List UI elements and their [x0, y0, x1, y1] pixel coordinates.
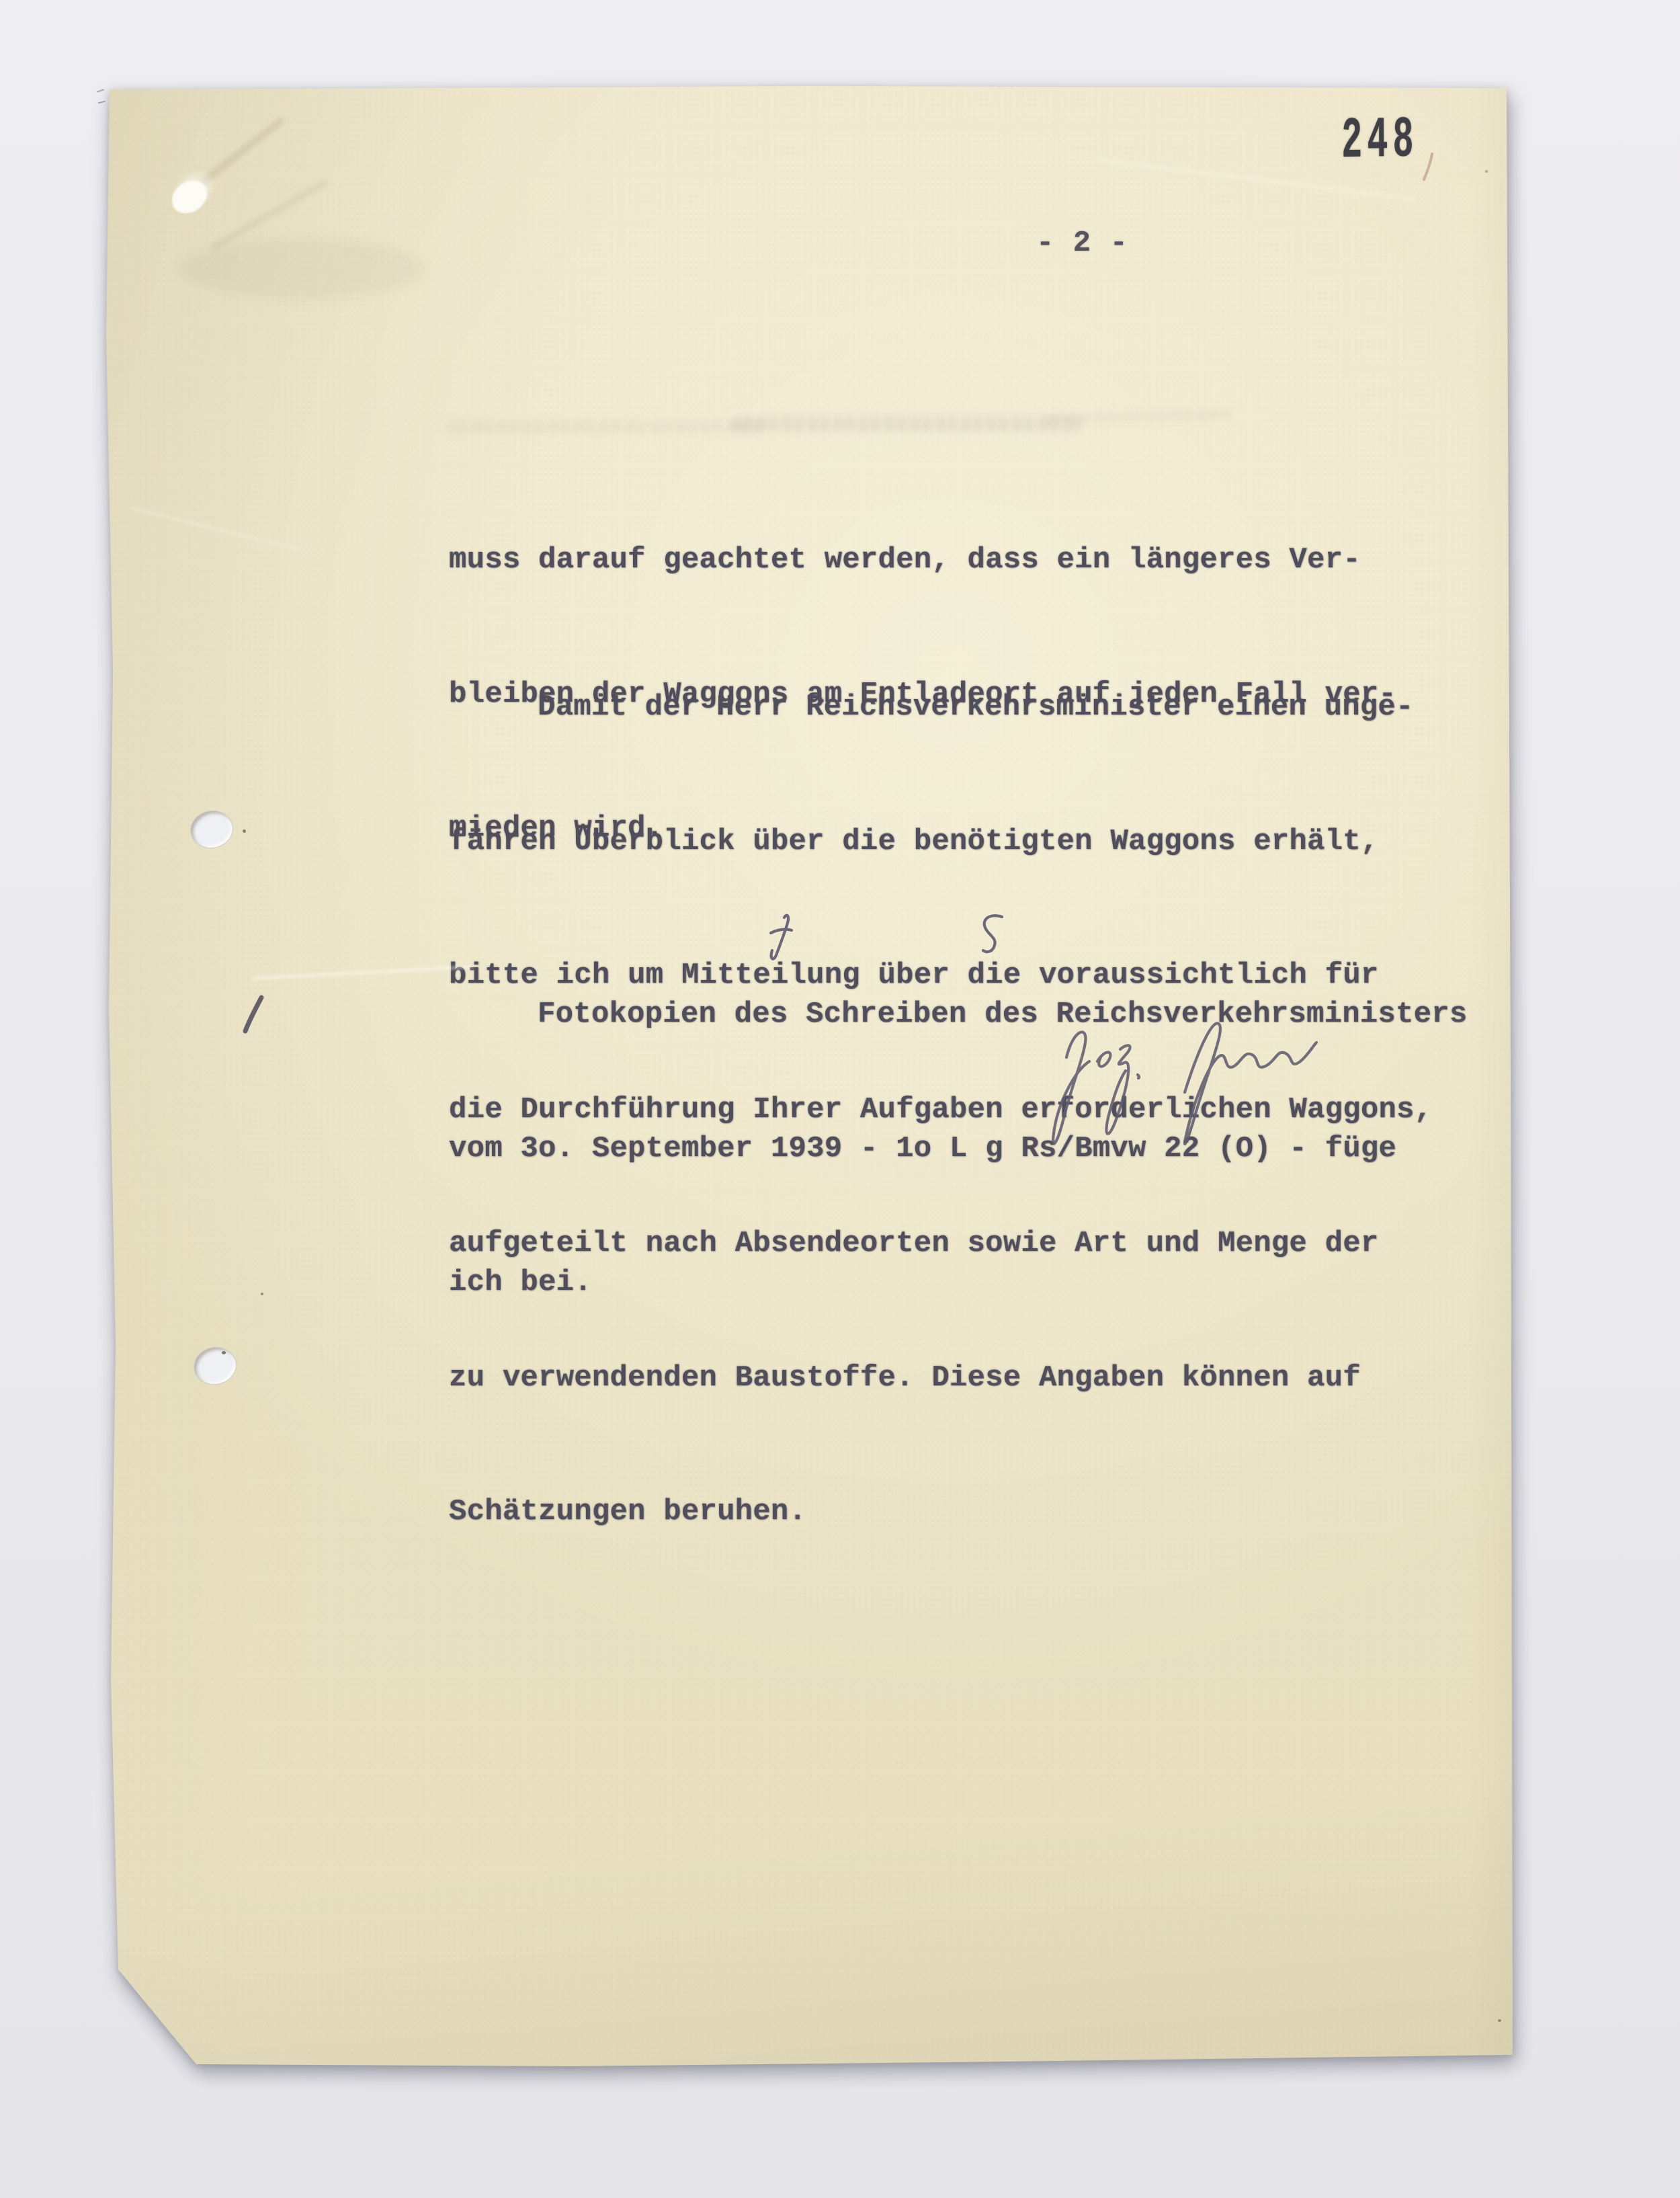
- handwritten-tick-after-stamp: [1424, 154, 1432, 179]
- handwritten-margin-slash: [245, 998, 261, 1031]
- handwritten-insertion-stroke: [771, 915, 792, 959]
- paper-speck: [261, 1293, 263, 1295]
- document-page: 248 - 2 - muss darauf geachtet werden, d…: [101, 84, 1515, 2068]
- paper-shadow-wrap: 248 - 2 - muss darauf geachtet werden, d…: [0, 0, 1680, 2198]
- paper-speck: [222, 1351, 226, 1354]
- paper-speck: [1498, 2019, 1501, 2022]
- paper-smudge: [181, 239, 423, 299]
- paper-speck: [243, 829, 246, 833]
- scan-background: 248 - 2 - muss darauf geachtet werden, d…: [0, 0, 1680, 2198]
- handwritten-insertion-mark: [983, 915, 1002, 952]
- paper-speck: [1485, 170, 1488, 173]
- signature-gez-speer: [1038, 1005, 1320, 1173]
